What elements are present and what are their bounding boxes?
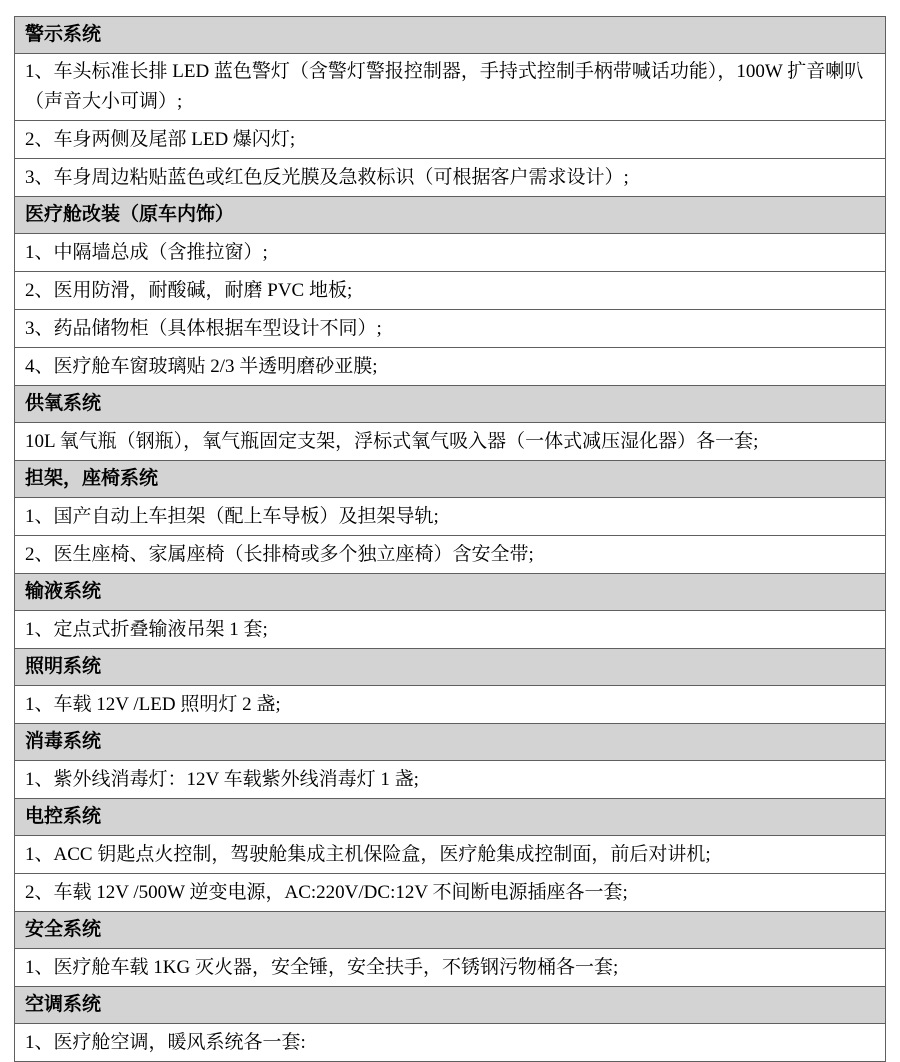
spec-item-text: 2、车身两侧及尾部 LED 爆闪灯; — [15, 121, 886, 159]
spec-item-row: 1、紫外线消毒灯：12V 车载紫外线消毒灯 1 盏; — [15, 761, 886, 799]
spec-item-row: 3、药品储物柜（具体根据车型设计不同）; — [15, 310, 886, 348]
section-title: 消毒系统 — [15, 724, 886, 761]
section-header-row: 输液系统 — [15, 574, 886, 611]
spec-item-text: 1、车头标准长排 LED 蓝色警灯（含警灯警报控制器，手持式控制手柄带喊话功能）… — [15, 54, 886, 121]
spec-item-row: 4、医疗舱车窗玻璃贴 2/3 半透明磨砂亚膜; — [15, 348, 886, 386]
spec-item-text: 1、国产自动上车担架（配上车导板）及担架导轨; — [15, 498, 886, 536]
spec-item-text: 4、医疗舱车窗玻璃贴 2/3 半透明磨砂亚膜; — [15, 348, 886, 386]
section-title: 医疗舱改装（原车内饰） — [15, 197, 886, 234]
spec-item-row: 3、车身周边粘贴蓝色或红色反光膜及急救标识（可根据客户需求设计）; — [15, 159, 886, 197]
section-header-row: 安全系统 — [15, 912, 886, 949]
spec-item-row: 1、定点式折叠输液吊架 1 套; — [15, 611, 886, 649]
section-header-row: 供氧系统 — [15, 386, 886, 423]
spec-item-text: 1、车载 12V /LED 照明灯 2 盏; — [15, 686, 886, 724]
section-title: 照明系统 — [15, 649, 886, 686]
spec-item-text: 1、紫外线消毒灯：12V 车载紫外线消毒灯 1 盏; — [15, 761, 886, 799]
spec-item-text: 1、ACC 钥匙点火控制，驾驶舱集成主机保险盒，医疗舱集成控制面，前后对讲机; — [15, 836, 886, 874]
spec-item-row: 1、中隔墙总成（含推拉窗）; — [15, 234, 886, 272]
spec-item-row: 2、医用防滑，耐酸碱，耐磨 PVC 地板; — [15, 272, 886, 310]
spec-item-text: 2、车载 12V /500W 逆变电源，AC:220V/DC:12V 不间断电源… — [15, 874, 886, 912]
section-header-row: 医疗舱改装（原车内饰） — [15, 197, 886, 234]
spec-item-row: 10L 氧气瓶（钢瓶），氧气瓶固定支架，浮标式氧气吸入器（一体式减压湿化器）各一… — [15, 423, 886, 461]
section-header-row: 担架，座椅系统 — [15, 461, 886, 498]
section-title: 安全系统 — [15, 912, 886, 949]
section-title: 空调系统 — [15, 987, 886, 1024]
section-title: 电控系统 — [15, 799, 886, 836]
spec-item-text: 3、药品储物柜（具体根据车型设计不同）; — [15, 310, 886, 348]
section-title: 警示系统 — [15, 17, 886, 54]
spec-item-text: 2、医生座椅、家属座椅（长排椅或多个独立座椅）含安全带; — [15, 536, 886, 574]
spec-item-text: 1、中隔墙总成（含推拉窗）; — [15, 234, 886, 272]
section-header-row: 消毒系统 — [15, 724, 886, 761]
spec-item-row: 1、国产自动上车担架（配上车导板）及担架导轨; — [15, 498, 886, 536]
section-header-row: 空调系统 — [15, 987, 886, 1024]
section-header-row: 照明系统 — [15, 649, 886, 686]
spec-item-text: 1、医疗舱车载 1KG 灭火器，安全锤，安全扶手，不锈钢污物桶各一套; — [15, 949, 886, 987]
spec-table-body: 警示系统1、车头标准长排 LED 蓝色警灯（含警灯警报控制器，手持式控制手柄带喊… — [15, 17, 886, 1062]
spec-item-row: 1、医疗舱车载 1KG 灭火器，安全锤，安全扶手，不锈钢污物桶各一套; — [15, 949, 886, 987]
section-title: 输液系统 — [15, 574, 886, 611]
section-title: 供氧系统 — [15, 386, 886, 423]
spec-item-row: 1、车头标准长排 LED 蓝色警灯（含警灯警报控制器，手持式控制手柄带喊话功能）… — [15, 54, 886, 121]
spec-item-text: 3、车身周边粘贴蓝色或红色反光膜及急救标识（可根据客户需求设计）; — [15, 159, 886, 197]
spec-item-row: 2、车载 12V /500W 逆变电源，AC:220V/DC:12V 不间断电源… — [15, 874, 886, 912]
section-header-row: 电控系统 — [15, 799, 886, 836]
section-header-row: 警示系统 — [15, 17, 886, 54]
spec-item-text: 10L 氧气瓶（钢瓶），氧气瓶固定支架，浮标式氧气吸入器（一体式减压湿化器）各一… — [15, 423, 886, 461]
vehicle-spec-table: 警示系统1、车头标准长排 LED 蓝色警灯（含警灯警报控制器，手持式控制手柄带喊… — [14, 16, 886, 1062]
spec-item-row: 1、ACC 钥匙点火控制，驾驶舱集成主机保险盒，医疗舱集成控制面，前后对讲机; — [15, 836, 886, 874]
spec-item-row: 1、医疗舱空调，暖风系统各一套: — [15, 1024, 886, 1062]
spec-item-row: 1、车载 12V /LED 照明灯 2 盏; — [15, 686, 886, 724]
spec-item-text: 2、医用防滑，耐酸碱，耐磨 PVC 地板; — [15, 272, 886, 310]
spec-item-text: 1、医疗舱空调，暖风系统各一套: — [15, 1024, 886, 1062]
spec-document-page: 警示系统1、车头标准长排 LED 蓝色警灯（含警灯警报控制器，手持式控制手柄带喊… — [0, 0, 900, 1062]
spec-item-row: 2、医生座椅、家属座椅（长排椅或多个独立座椅）含安全带; — [15, 536, 886, 574]
section-title: 担架，座椅系统 — [15, 461, 886, 498]
spec-item-text: 1、定点式折叠输液吊架 1 套; — [15, 611, 886, 649]
spec-item-row: 2、车身两侧及尾部 LED 爆闪灯; — [15, 121, 886, 159]
